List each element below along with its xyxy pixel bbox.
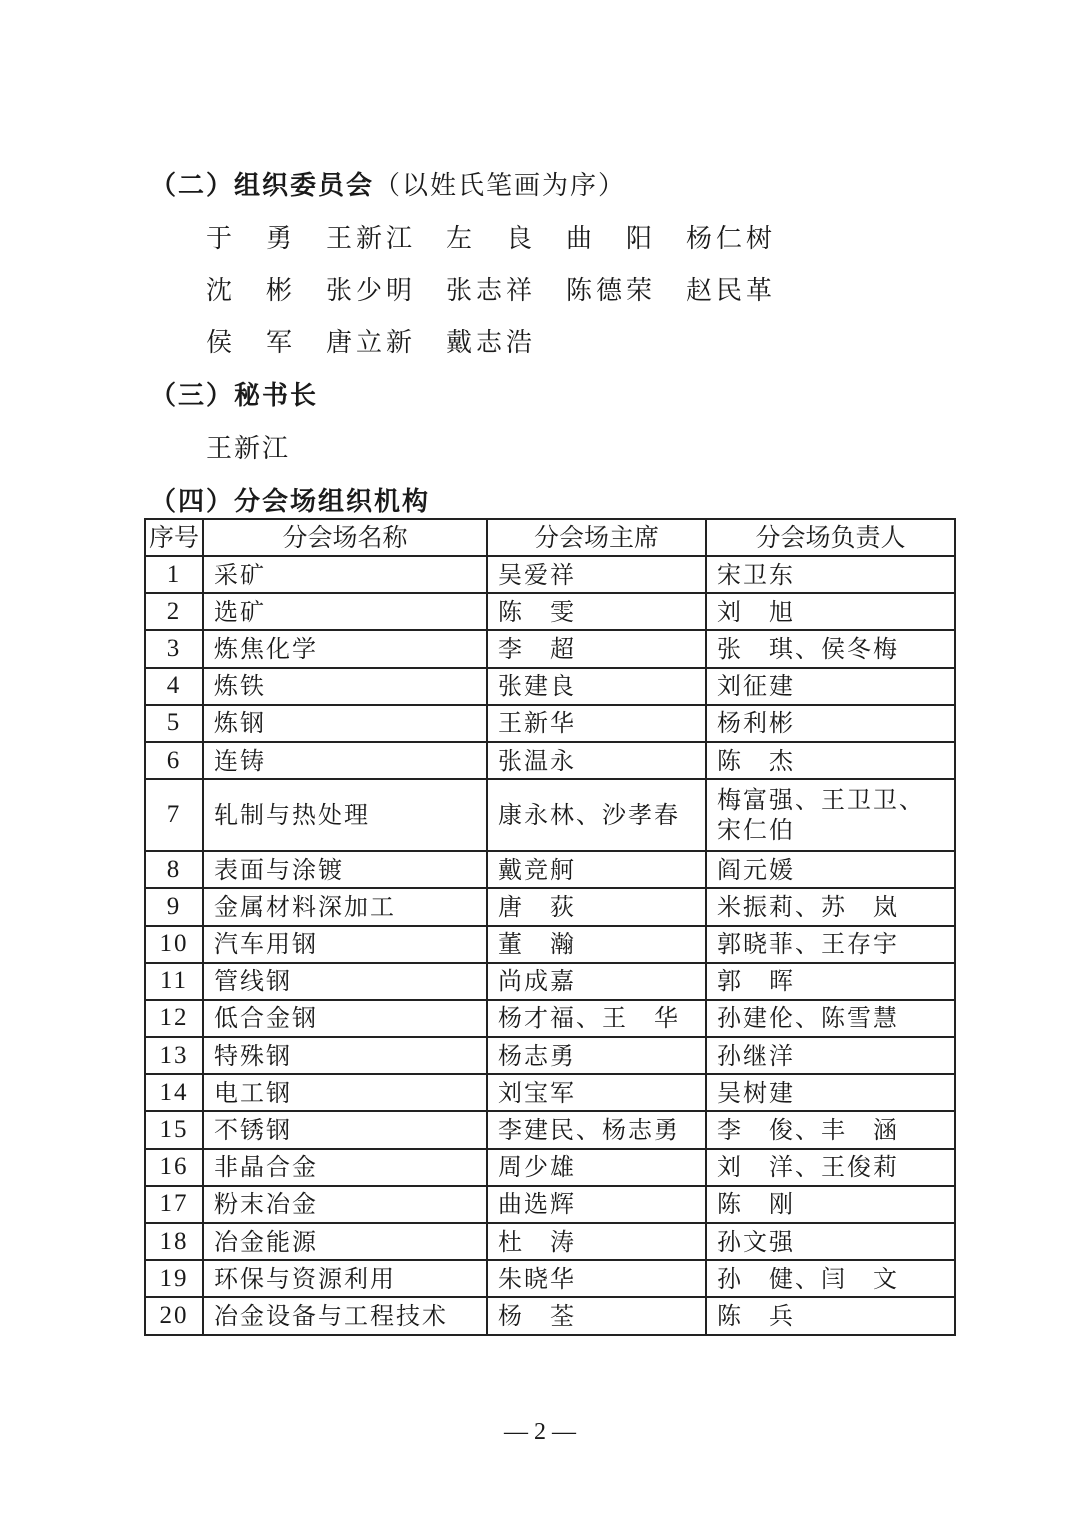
table-row: 6连铸张温永陈 杰 <box>145 742 955 779</box>
cell-venue-name: 炼钢 <box>203 705 487 742</box>
cell-lead: 郭晓菲、王存宇 <box>706 926 955 963</box>
cell-chair: 尚成嘉 <box>487 963 706 1000</box>
column-header-no: 序号 <box>145 519 203 556</box>
table-row: 16非晶合金周少雄刘 洋、王俊莉 <box>145 1149 955 1186</box>
cell-no: 9 <box>145 888 203 925</box>
cell-venue-name: 粉末冶金 <box>203 1186 487 1223</box>
cell-venue-name: 特殊钢 <box>203 1037 487 1074</box>
page-number: — 2 — <box>0 1419 1080 1446</box>
cell-lead: 孙文强 <box>706 1223 955 1260</box>
heading-note: （以姓氏笔画为序） <box>374 171 626 201</box>
cell-venue-name: 金属材料深加工 <box>203 888 487 925</box>
member-name: 赵民革 <box>686 270 806 307</box>
table-row: 13特殊钢杨志勇孙继洋 <box>145 1037 955 1074</box>
sub-venues-heading: （四）分会场组织机构 <box>150 481 430 518</box>
cell-no: 16 <box>145 1149 203 1186</box>
cell-lead: 陈 刚 <box>706 1186 955 1223</box>
sub-venues-table: 序号 分会场名称 分会场主席 分会场负责人 1采矿吴爱祥宋卫东2选矿陈 雯刘 旭… <box>144 518 956 1336</box>
cell-chair: 董 瀚 <box>487 926 706 963</box>
cell-venue-name: 管线钢 <box>203 963 487 1000</box>
heading-text: （二）组织委员会 <box>150 171 374 201</box>
cell-chair: 杨 荃 <box>487 1297 706 1334</box>
member-name: 张少明 <box>326 270 446 307</box>
cell-venue-name: 冶金设备与工程技术 <box>203 1297 487 1334</box>
cell-lead: 陈 杰 <box>706 742 955 779</box>
cell-lead: 孙建伦、陈雪慧 <box>706 1000 955 1037</box>
cell-chair: 朱晓华 <box>487 1260 706 1297</box>
cell-venue-name: 不锈钢 <box>203 1111 487 1148</box>
member-name: 沈 彬 <box>206 270 326 307</box>
table-row: 4炼铁张建良刘征建 <box>145 668 955 705</box>
cell-chair: 唐 荻 <box>487 888 706 925</box>
member-name: 杨仁树 <box>686 218 806 255</box>
cell-chair: 周少雄 <box>487 1149 706 1186</box>
cell-lead: 宋卫东 <box>706 556 955 593</box>
table-row: 11管线钢尚成嘉郭 晖 <box>145 963 955 1000</box>
table-header-row: 序号 分会场名称 分会场主席 分会场负责人 <box>145 519 955 556</box>
member-name: 于 勇 <box>206 218 326 255</box>
column-header-name: 分会场名称 <box>203 519 487 556</box>
table-row: 5炼钢王新华杨利彬 <box>145 705 955 742</box>
member-name: 陈德荣 <box>566 270 686 307</box>
cell-chair: 吴爱祥 <box>487 556 706 593</box>
cell-chair: 杨志勇 <box>487 1037 706 1074</box>
cell-venue-name: 低合金钢 <box>203 1000 487 1037</box>
cell-no: 5 <box>145 705 203 742</box>
cell-chair: 李 超 <box>487 630 706 667</box>
cell-lead: 李 俊、丰 涵 <box>706 1111 955 1148</box>
cell-chair: 康永林、沙孝春 <box>487 779 706 851</box>
cell-no: 2 <box>145 593 203 630</box>
table-row: 19环保与资源利用朱晓华孙 健、闫 文 <box>145 1260 955 1297</box>
cell-lead: 孙继洋 <box>706 1037 955 1074</box>
cell-no: 6 <box>145 742 203 779</box>
cell-lead: 吴树建 <box>706 1074 955 1111</box>
table-row: 10汽车用钢董 瀚郭晓菲、王存宇 <box>145 926 955 963</box>
cell-venue-name: 采矿 <box>203 556 487 593</box>
table-row: 8表面与涂镀戴竞舸阎元媛 <box>145 851 955 888</box>
member-name: 张志祥 <box>446 270 566 307</box>
cell-chair: 张温永 <box>487 742 706 779</box>
cell-no: 17 <box>145 1186 203 1223</box>
secretary-general-heading: （三）秘书长 <box>150 375 318 412</box>
cell-chair: 王新华 <box>487 705 706 742</box>
cell-venue-name: 轧制与热处理 <box>203 779 487 851</box>
table-row: 7轧制与热处理康永林、沙孝春梅富强、王卫卫、 宋仁伯 <box>145 779 955 851</box>
cell-lead: 梅富强、王卫卫、 宋仁伯 <box>706 779 955 851</box>
cell-lead: 米振莉、苏 岚 <box>706 888 955 925</box>
cell-no: 19 <box>145 1260 203 1297</box>
cell-lead: 刘征建 <box>706 668 955 705</box>
member-name: 戴志浩 <box>446 322 566 359</box>
cell-lead: 刘 旭 <box>706 593 955 630</box>
cell-no: 8 <box>145 851 203 888</box>
committee-row-2: 沈 彬 张少明 张志祥 陈德荣 赵民革 <box>206 270 806 307</box>
cell-no: 11 <box>145 963 203 1000</box>
cell-lead: 孙 健、闫 文 <box>706 1260 955 1297</box>
member-name: 左 良 <box>446 218 566 255</box>
member-name: 曲 阳 <box>566 218 686 255</box>
table-row: 17粉末冶金曲选辉陈 刚 <box>145 1186 955 1223</box>
table-row: 20冶金设备与工程技术杨 荃陈 兵 <box>145 1297 955 1334</box>
table-row: 1采矿吴爱祥宋卫东 <box>145 556 955 593</box>
table-row: 12低合金钢杨才福、王 华孙建伦、陈雪慧 <box>145 1000 955 1037</box>
cell-lead: 刘 洋、王俊莉 <box>706 1149 955 1186</box>
cell-no: 10 <box>145 926 203 963</box>
cell-chair: 李建民、杨志勇 <box>487 1111 706 1148</box>
cell-no: 20 <box>145 1297 203 1334</box>
cell-venue-name: 电工钢 <box>203 1074 487 1111</box>
cell-venue-name: 表面与涂镀 <box>203 851 487 888</box>
table-row: 9金属材料深加工唐 荻米振莉、苏 岚 <box>145 888 955 925</box>
cell-no: 13 <box>145 1037 203 1074</box>
table-row: 2选矿陈 雯刘 旭 <box>145 593 955 630</box>
cell-no: 18 <box>145 1223 203 1260</box>
cell-no: 15 <box>145 1111 203 1148</box>
cell-chair: 杨才福、王 华 <box>487 1000 706 1037</box>
cell-venue-name: 选矿 <box>203 593 487 630</box>
cell-lead: 杨利彬 <box>706 705 955 742</box>
cell-chair: 陈 雯 <box>487 593 706 630</box>
cell-venue-name: 汽车用钢 <box>203 926 487 963</box>
cell-venue-name: 连铸 <box>203 742 487 779</box>
cell-no: 4 <box>145 668 203 705</box>
cell-no: 12 <box>145 1000 203 1037</box>
cell-chair: 戴竞舸 <box>487 851 706 888</box>
table-body: 1采矿吴爱祥宋卫东2选矿陈 雯刘 旭3炼焦化学李 超张 琪、侯冬梅4炼铁张建良刘… <box>145 556 955 1335</box>
cell-venue-name: 炼焦化学 <box>203 630 487 667</box>
cell-chair: 曲选辉 <box>487 1186 706 1223</box>
cell-no: 7 <box>145 779 203 851</box>
cell-no: 3 <box>145 630 203 667</box>
cell-venue-name: 炼铁 <box>203 668 487 705</box>
member-name: 唐立新 <box>326 322 446 359</box>
cell-no: 14 <box>145 1074 203 1111</box>
cell-lead: 陈 兵 <box>706 1297 955 1334</box>
cell-chair: 刘宝军 <box>487 1074 706 1111</box>
cell-lead: 郭 晖 <box>706 963 955 1000</box>
secretary-general-name: 王新江 <box>206 428 290 465</box>
committee-row-1: 于 勇 王新江 左 良 曲 阳 杨仁树 <box>206 218 806 255</box>
cell-chair: 张建良 <box>487 668 706 705</box>
table-row: 14电工钢刘宝军吴树建 <box>145 1074 955 1111</box>
cell-venue-name: 冶金能源 <box>203 1223 487 1260</box>
column-header-chair: 分会场主席 <box>487 519 706 556</box>
member-name: 侯 军 <box>206 322 326 359</box>
table-row: 18冶金能源杜 涛孙文强 <box>145 1223 955 1260</box>
cell-venue-name: 环保与资源利用 <box>203 1260 487 1297</box>
cell-no: 1 <box>145 556 203 593</box>
table-row: 15不锈钢李建民、杨志勇李 俊、丰 涵 <box>145 1111 955 1148</box>
organizing-committee-heading: （二）组织委员会（以姓氏笔画为序） <box>150 165 626 202</box>
member-name: 王新江 <box>326 218 446 255</box>
table-row: 3炼焦化学李 超张 琪、侯冬梅 <box>145 630 955 667</box>
cell-lead: 张 琪、侯冬梅 <box>706 630 955 667</box>
cell-venue-name: 非晶合金 <box>203 1149 487 1186</box>
cell-lead: 阎元媛 <box>706 851 955 888</box>
committee-row-3: 侯 军 唐立新 戴志浩 <box>206 322 566 359</box>
cell-chair: 杜 涛 <box>487 1223 706 1260</box>
column-header-lead: 分会场负责人 <box>706 519 955 556</box>
